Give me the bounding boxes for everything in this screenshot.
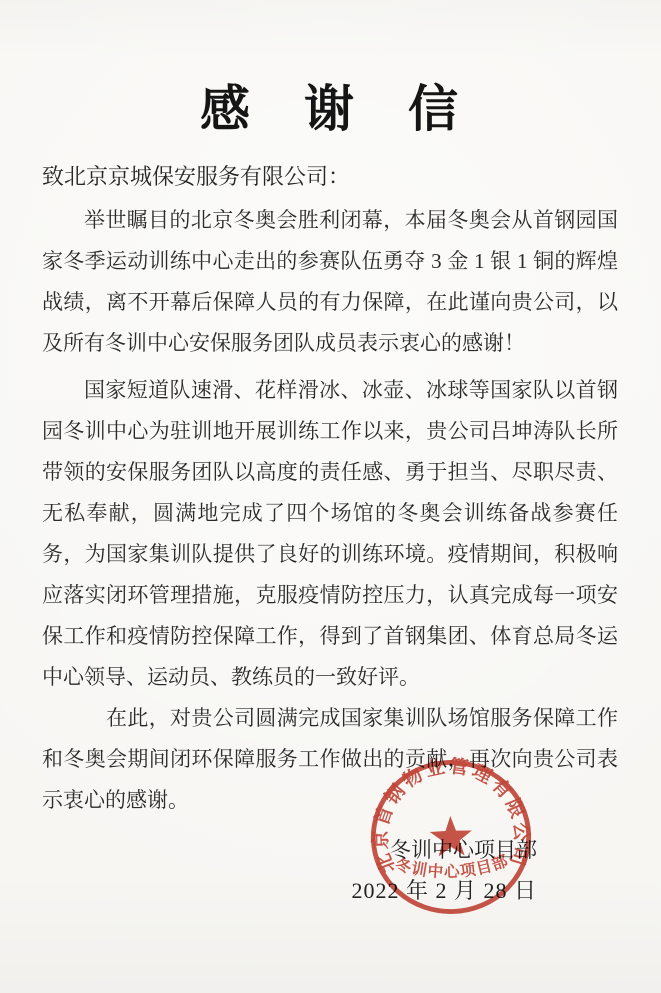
letter-page: 感 谢 信 致北京京城保安服务有限公司： 举世瞩目的北京冬奥会胜利闭幕，本届冬奥… (0, 0, 661, 993)
signature-block: 冬训中心项目部 2022 年 2 月 28 日 (42, 835, 618, 906)
date-line: 2022 年 2 月 28 日 (42, 876, 537, 906)
letter-title: 感 谢 信 (42, 82, 618, 136)
paragraph-1: 举世瞩目的北京冬奥会胜利闭幕，本届冬奥会从首钢园国家冬季运动训练中心走出的参赛队… (42, 200, 618, 364)
salutation: 致北京京城保安服务有限公司： (42, 162, 618, 192)
signature: 冬训中心项目部 (42, 835, 537, 865)
paragraph-2: 国家短道队速滑、花样滑冰、冰壶、冰球等国家队以首钢园冬训中心为驻训地开展训练工作… (42, 370, 618, 698)
paragraph-3: 在此，对贵公司圆满完成国家集训队场馆服务保障工作和冬奥会期间闭环保障服务工作做出… (42, 698, 618, 821)
